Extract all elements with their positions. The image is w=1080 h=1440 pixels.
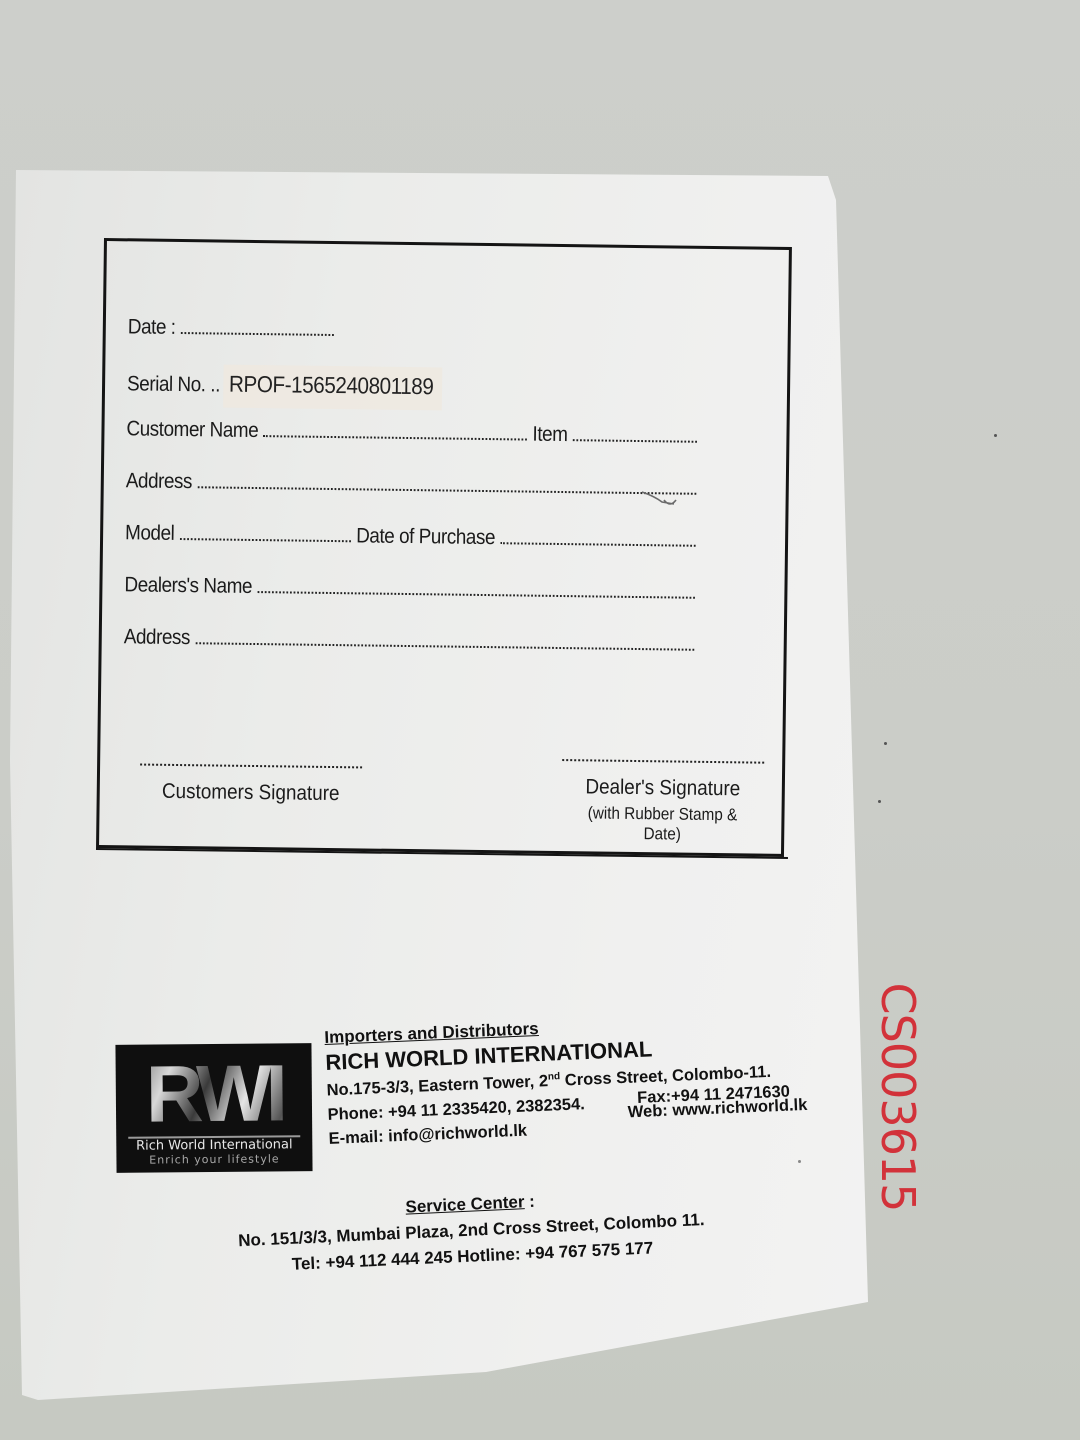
item-field[interactable] xyxy=(573,439,697,443)
paper-speck xyxy=(798,1160,801,1163)
serial-row: Serial No. .. RPOF-1565240801189 xyxy=(127,363,704,414)
logo-tagline: Enrich your lifestyle xyxy=(116,1152,312,1167)
customer-signature-line[interactable] xyxy=(140,764,362,769)
dealer-signature-block: Dealer's Signature (with Rubber Stamp & … xyxy=(561,759,764,846)
date-field[interactable] xyxy=(181,332,334,336)
paper-crease-mark xyxy=(640,488,680,514)
rwi-logo: RWI Rich World International Enrich your… xyxy=(115,1043,312,1173)
rwi-logo-mark: RWI xyxy=(125,1045,302,1143)
customer-address-label: Address xyxy=(126,469,193,494)
background-speck xyxy=(884,742,887,745)
dealer-signature-line[interactable] xyxy=(562,759,764,764)
model-label: Model xyxy=(125,521,175,546)
dealer-signature-label: Dealer's Signature xyxy=(572,775,754,801)
customer-item-row: Customer Name Item xyxy=(126,417,702,449)
background-speck xyxy=(878,800,881,803)
service-center-colon: : xyxy=(524,1192,535,1211)
customer-address-row: Address xyxy=(126,469,702,501)
company-phone: Phone: +94 11 2335420, 2382354. xyxy=(327,1095,585,1124)
customer-name-field[interactable] xyxy=(264,435,527,440)
serial-label: Serial No. .. xyxy=(127,372,220,397)
date-row: Date : xyxy=(128,315,704,347)
customer-signature-block: Customers Signature xyxy=(140,764,363,807)
customer-address-field[interactable] xyxy=(197,486,696,495)
warranty-form-box: Date : Serial No. .. RPOF-1565240801189 … xyxy=(96,238,792,857)
company-address-sup: nd xyxy=(548,1071,561,1083)
handwritten-reference-code: CS003615 xyxy=(871,977,925,1217)
date-of-purchase-field[interactable] xyxy=(500,542,695,547)
logo-company-name: Rich World International xyxy=(116,1137,312,1154)
company-info: Importers and Distributors RICH WORLD IN… xyxy=(324,1007,819,1148)
date-label: Date : xyxy=(128,315,176,340)
dealer-address-label: Address xyxy=(124,625,191,650)
customer-name-label: Customer Name xyxy=(126,417,258,443)
customer-signature-label: Customers Signature xyxy=(151,780,351,807)
service-center-heading: Service Center xyxy=(405,1192,525,1217)
item-label: Item xyxy=(532,423,567,447)
model-purchase-row: Model Date of Purchase xyxy=(125,521,701,553)
background-speck xyxy=(994,434,997,437)
date-of-purchase-label: Date of Purchase xyxy=(356,524,495,550)
dealer-name-row: Dealers's Name xyxy=(124,573,700,605)
model-field[interactable] xyxy=(180,538,351,542)
dealer-address-row: Address xyxy=(124,625,700,657)
dealer-name-label: Dealers's Name xyxy=(124,573,252,599)
dealer-signature-note: (with Rubber Stamp & Date) xyxy=(571,803,753,845)
serial-number-value: RPOF-1565240801189 xyxy=(223,365,442,411)
dealer-address-field[interactable] xyxy=(195,642,694,651)
dealer-name-field[interactable] xyxy=(257,591,695,599)
company-address-text: No.175-3/3, Eastern Tower, 2 xyxy=(326,1072,548,1099)
